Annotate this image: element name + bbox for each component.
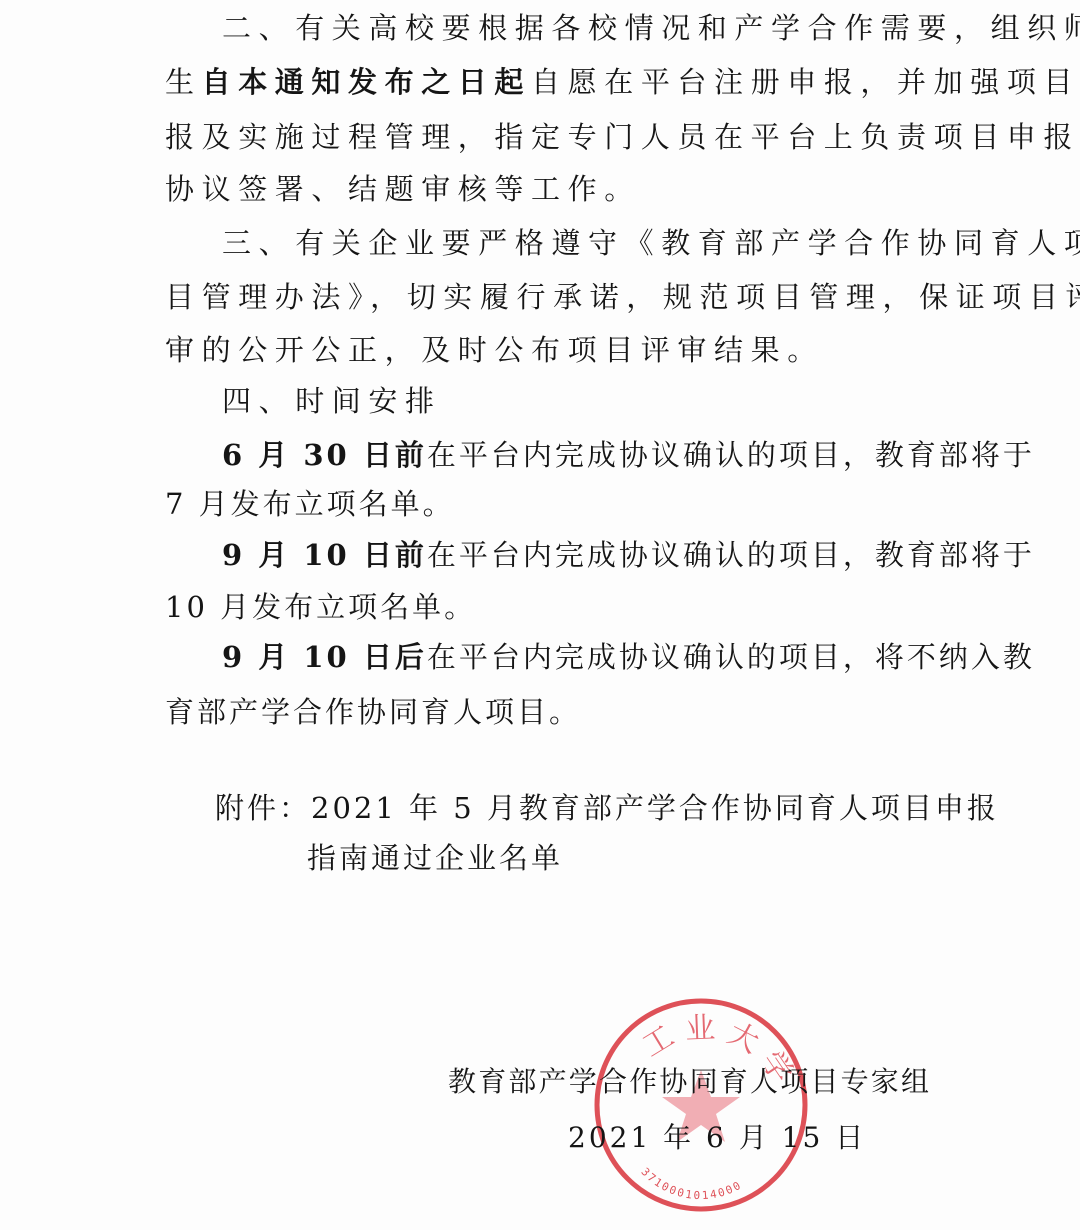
attachment-line1: 附件：2021 年 5 月教育部产学合作协同育人项目申报: [215, 788, 975, 828]
schedule-item-3-cont: 育部产学合作协同育人项目。: [165, 692, 925, 732]
schedule-item-1: 6 月 30 日前在平台内完成协议确认的项目，教育部将于: [222, 435, 982, 475]
section2-line4: 协议签署、结题审核等工作。: [165, 169, 925, 209]
section2-line2-prefix: 生: [165, 65, 202, 99]
schedule-item-1-cont: 7 月发布立项名单。: [165, 484, 925, 524]
schedule-item-3-date: 9 月 10 日后: [222, 640, 427, 674]
section3-line2: 目管理办法》，切实履行承诺，规范项目管理，保证项目评: [165, 277, 925, 317]
schedule-item-1-text: 在平台内完成协议确认的项目，教育部将于: [427, 438, 1035, 472]
schedule-item-2: 9 月 10 日前在平台内完成协议确认的项目，教育部将于: [222, 535, 982, 575]
attachment-line2: 指南通过企业名单: [307, 838, 1067, 878]
schedule-item-2-cont: 10 月发布立项名单。: [165, 587, 925, 627]
section4-heading: 四、时间安排: [222, 381, 982, 421]
section2-line3: 报及实施过程管理，指定专门人员在平台上负责项目申报、: [165, 117, 925, 157]
section2-bold-phrase: 自本通知发布之日起: [202, 65, 531, 99]
schedule-item-1-date: 6 月 30 日前: [222, 438, 427, 472]
section2-line1: 二、有关高校要根据各校情况和产学合作需要，组织师: [222, 8, 982, 48]
schedule-item-3: 9 月 10 日后在平台内完成协议确认的项目，将不纳入教: [222, 637, 982, 677]
signature-date: 2021 年 6 月 15 日: [568, 1118, 868, 1158]
schedule-item-3-text: 在平台内完成协议确认的项目，将不纳入教: [427, 640, 1035, 674]
section2-line2: 生自本通知发布之日起自愿在平台注册申报，并加强项目申: [165, 62, 925, 102]
schedule-item-2-text: 在平台内完成协议确认的项目，教育部将于: [427, 538, 1035, 572]
schedule-item-2-date: 9 月 10 日前: [222, 538, 427, 572]
signature-organization: 教育部产学合作协同育人项目专家组: [448, 1062, 928, 1102]
section2-line2-rest: 自愿在平台注册申报，并加强项目申: [531, 65, 1080, 99]
section3-line1: 三、有关企业要严格遵守《教育部产学合作协同育人项: [222, 223, 982, 263]
section3-line3: 审的公开公正，及时公布项目评审结果。: [165, 330, 925, 370]
official-seal-icon: 工 业 大 学 3710001014000: [588, 992, 814, 1218]
document-page: 二、有关高校要根据各校情况和产学合作需要，组织师 生自本通知发布之日起自愿在平台…: [0, 0, 1080, 1230]
